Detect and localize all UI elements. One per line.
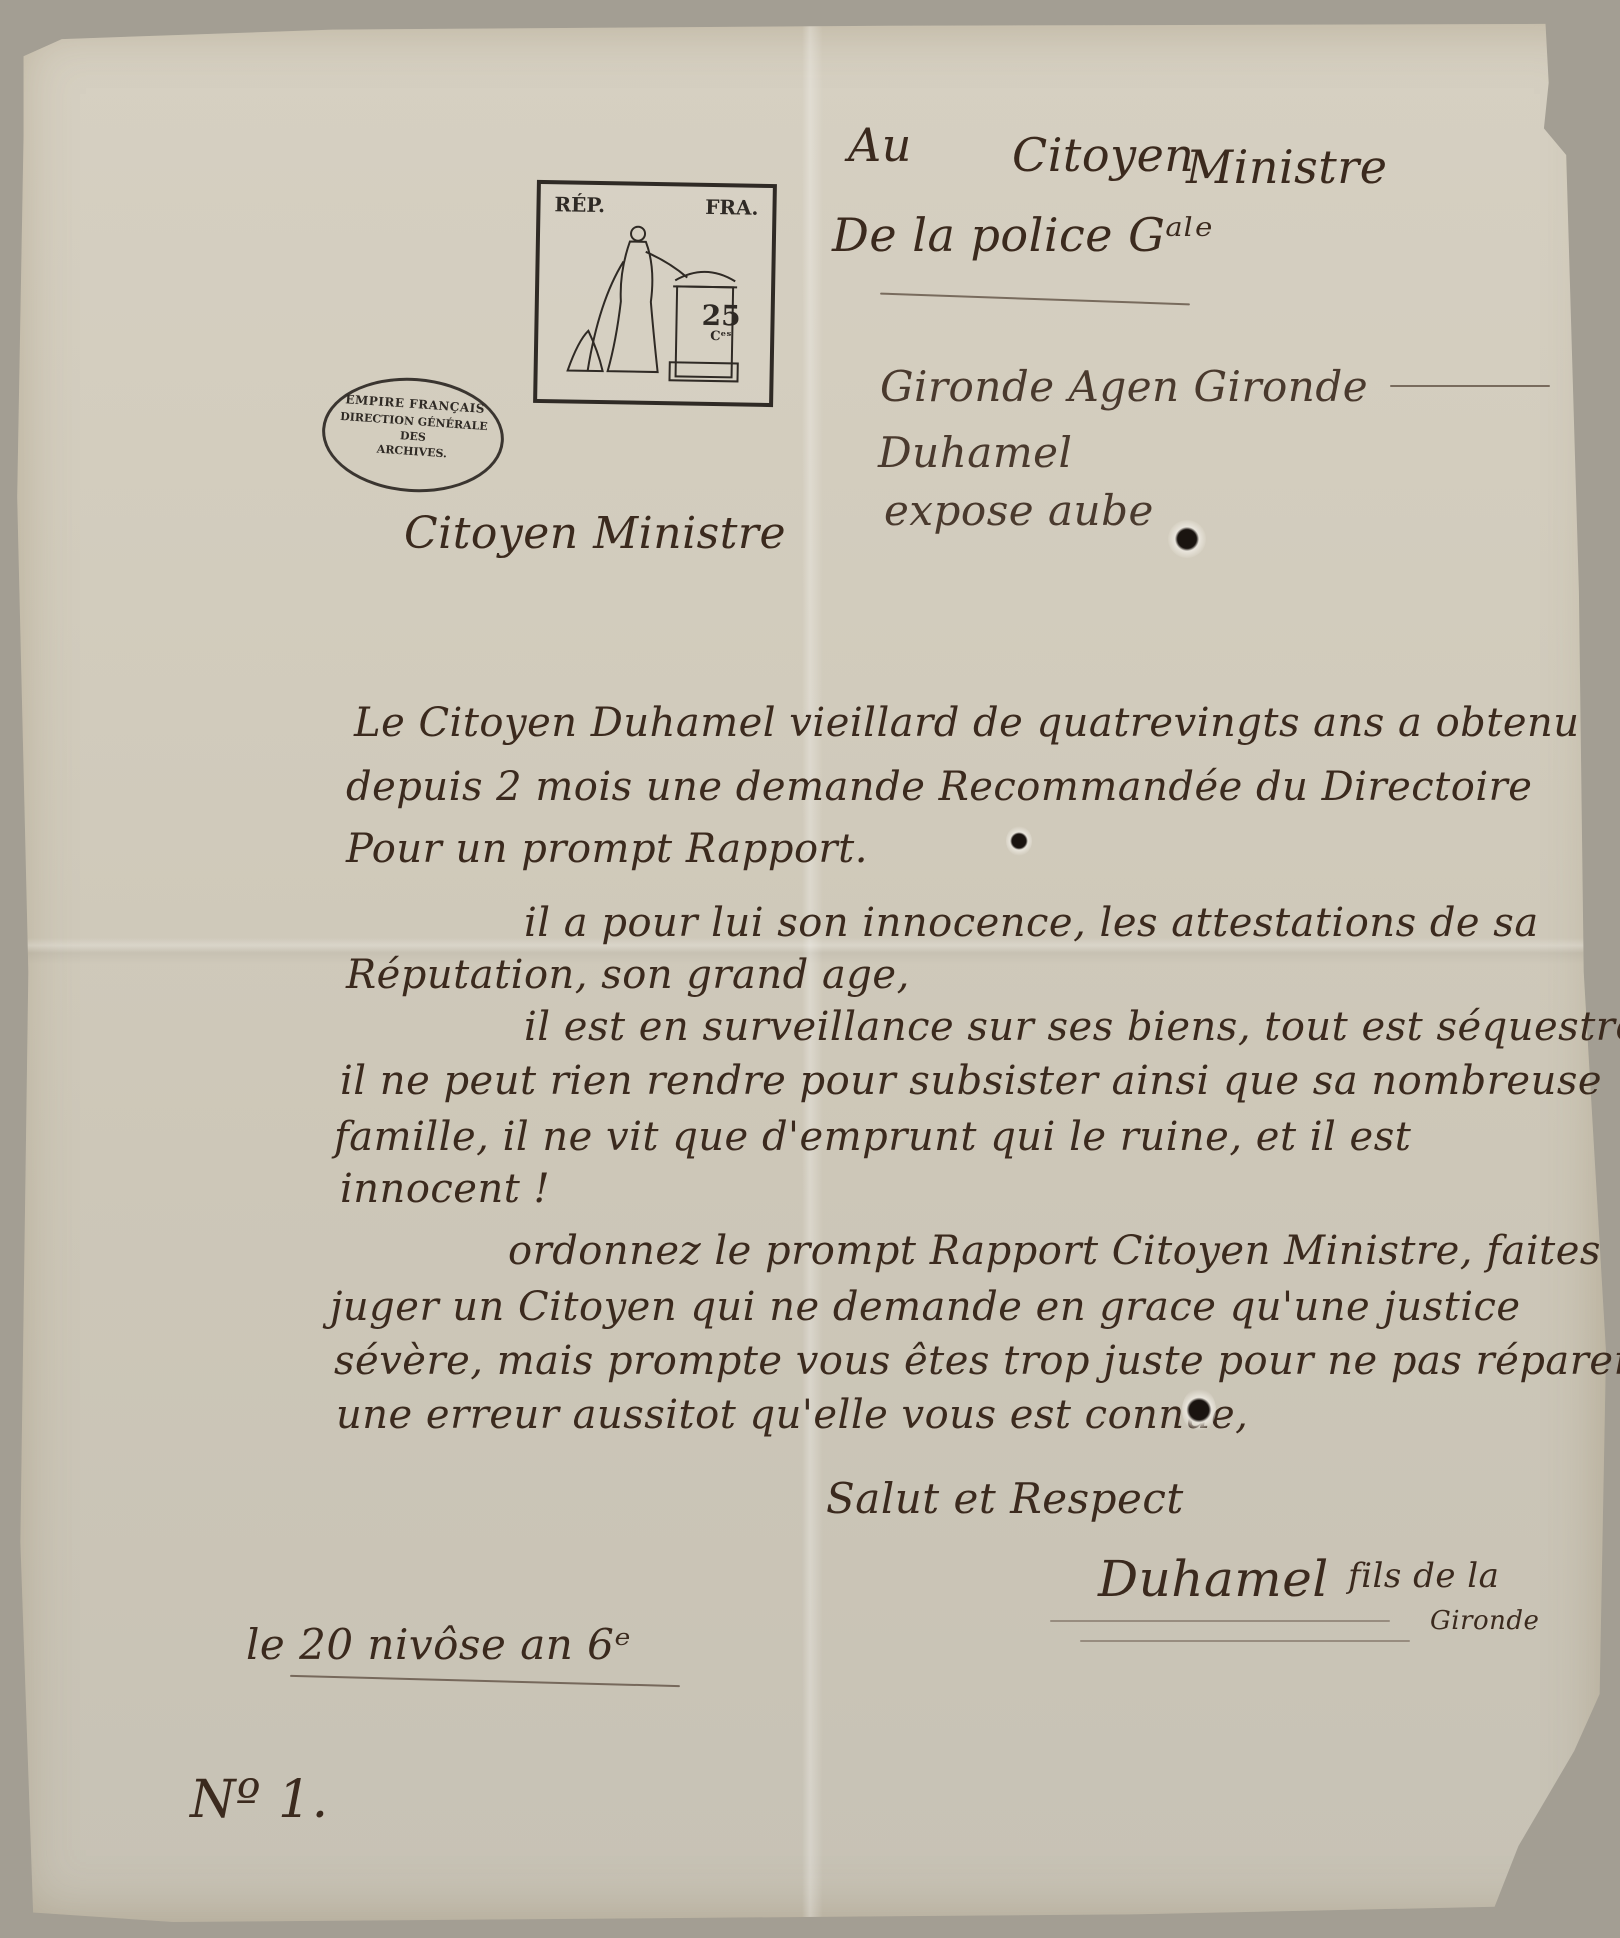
address-line1-word1: Au xyxy=(848,118,912,172)
body-line: depuis 2 mois une demande Recommandée du… xyxy=(346,764,1532,810)
summary-line3: expose aube xyxy=(884,486,1154,535)
address-line1-word3: Ministre xyxy=(1186,140,1387,194)
body-line: il ne peut rien rendre pour subsister ai… xyxy=(340,1058,1602,1104)
address-line2: De la police Gᵃˡᵉ xyxy=(832,208,1213,262)
valediction: Salut et Respect xyxy=(826,1474,1184,1523)
body-line: innocent ! xyxy=(340,1166,550,1212)
body-line: famille, il ne vit que d'emprunt qui le … xyxy=(334,1114,1411,1160)
body-line: Pour un prompt Rapport. xyxy=(346,826,868,872)
signature-suffix: fils de la xyxy=(1348,1556,1499,1596)
body-line: juger un Citoyen qui ne demande en grace… xyxy=(330,1284,1521,1330)
revenue-stamp-right-text: FRA. xyxy=(705,195,759,220)
revenue-stamp-value: 25 Cᵉˢ xyxy=(701,302,741,344)
salutation: Citoyen Ministre xyxy=(404,508,786,559)
body-line: Le Citoyen Duhamel vieillard de quatrevi… xyxy=(354,700,1580,746)
summary-rule xyxy=(1390,385,1550,387)
body-line: une erreur aussitot qu'elle vous est con… xyxy=(336,1392,1248,1438)
signature-flourish xyxy=(1080,1640,1410,1642)
revenue-stamp-left-text: RÉP. xyxy=(554,192,605,217)
body-line: ordonnez le prompt Rapport Citoyen Minis… xyxy=(508,1228,1601,1274)
summary-line1: Gironde Agen Gironde xyxy=(880,362,1368,411)
paper-hole xyxy=(1168,520,1206,558)
folio-number: Nº 1. xyxy=(190,1770,329,1830)
signature-place: Gironde xyxy=(1430,1606,1539,1636)
signature: Duhamel xyxy=(1098,1550,1329,1608)
body-line: sévère, mais prompte vous êtes trop just… xyxy=(334,1338,1620,1384)
paper-hole xyxy=(1006,826,1032,856)
body-line: il a pour lui son innocence, les attesta… xyxy=(524,900,1539,946)
signature-flourish xyxy=(1050,1620,1390,1622)
letter-date: le 20 nivôse an 6ᵉ xyxy=(246,1620,631,1669)
revenue-stamp: RÉP. FRA. 25 Cᵉˢ xyxy=(533,180,777,407)
body-line: Réputation, son grand age, xyxy=(346,952,910,998)
body-line: il est en surveillance sur ses biens, to… xyxy=(524,1004,1620,1050)
address-line1-word2: Citoyen xyxy=(1012,128,1194,182)
paper-hole xyxy=(1182,1388,1216,1432)
summary-line2: Duhamel xyxy=(878,428,1072,477)
